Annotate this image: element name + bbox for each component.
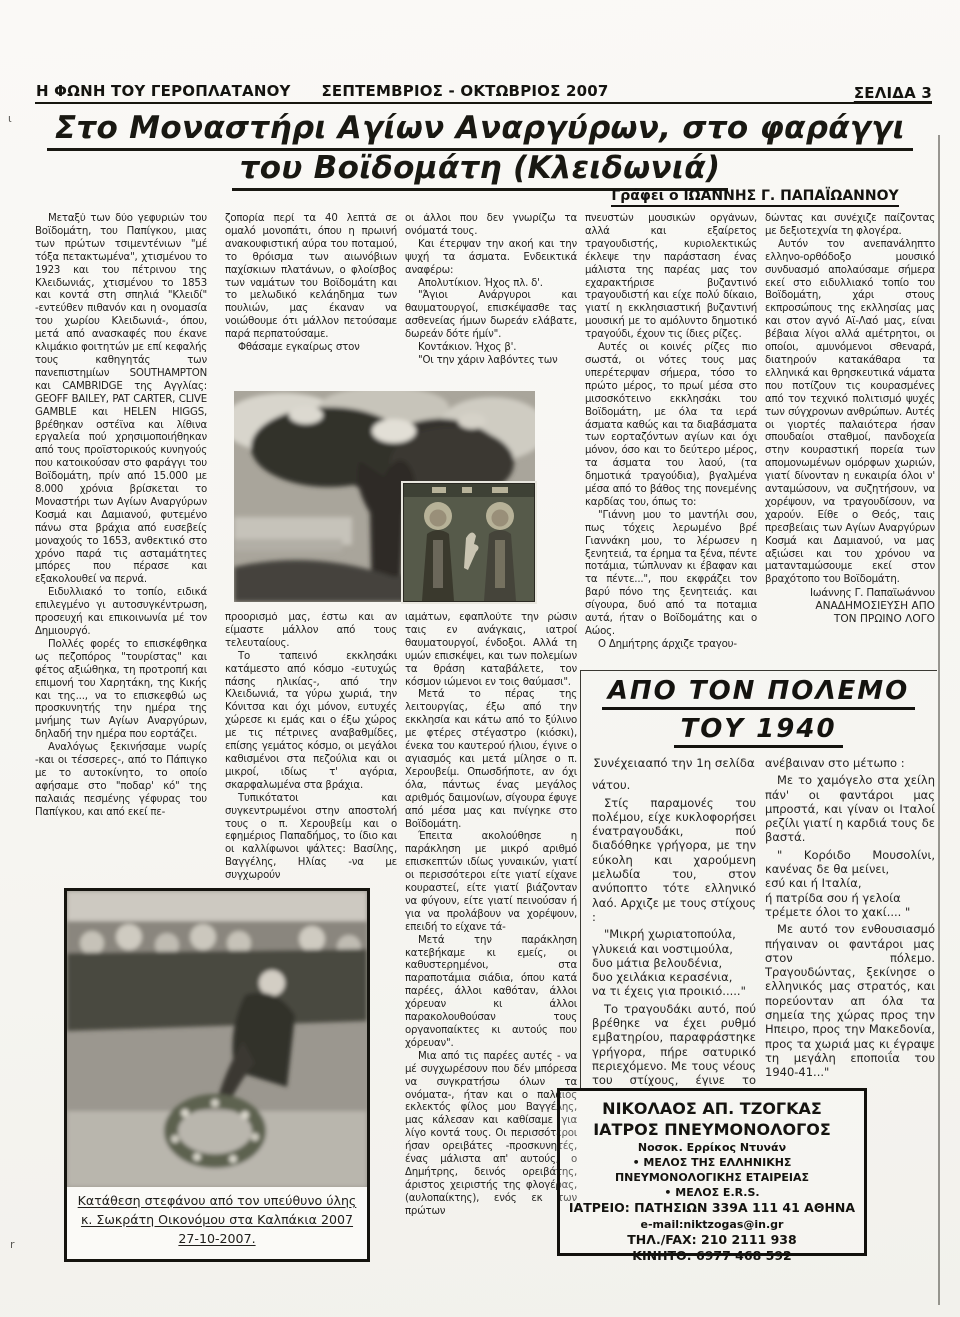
margin-mark: ι (8, 112, 12, 125)
paragraph: Πολλές φορές το επισκέφθηκα ως πεζοπόρος… (35, 639, 207, 742)
war-column-4: Συνέχειααπό την 1η σελίδα νάτου. Στίς πα… (592, 756, 756, 1086)
paragraph: "Γιάννη μου το μαντήλι σου, πως τόχεις λ… (585, 510, 757, 639)
article-title-line1: Στο Μοναστήρι Αγίων Αναργύρων, στο φαράγ… (40, 110, 920, 151)
paragraph: Τυπικότατοι και συγκεντρωμένοι στην αποσ… (225, 793, 397, 883)
paragraph: Μετά το πέρας της λειτουργίας, έξω από τ… (405, 689, 577, 831)
paragraph: Αυτόν τον ανεπανάληπτο ελληνο-ορθόδοξο μ… (765, 239, 935, 587)
paragraph: Έπειτα ακολούθησε η παράκληση με μικρό α… (405, 831, 577, 934)
author-signature: Ιωάννης Γ. Παπαϊωάννου (765, 587, 935, 600)
article-column-4-top: πνευστών μουσικών οργάνων, αλλά και εξαί… (585, 213, 757, 665)
wreath-ceremony-photo-image (67, 891, 367, 1187)
paragraph: νάτου. (592, 778, 756, 792)
war-section-title-line2: ΤΟΥ 1940 (580, 714, 937, 748)
ad-doctor-title: ΙΑΤΡΟΣ ΠΝΕΥΜΟΝΟΛΟΓΟΣ (560, 1119, 864, 1140)
page-edge-line (938, 135, 940, 1305)
photo-caption-line2: κ. Σωκράτη Οικονόμου στα Καλπάκια 2007 (67, 1210, 367, 1229)
article-column-5-top: δώντας και συνέχιζε παίζοντας με δεξιοτε… (765, 213, 935, 668)
ad-office-address: ΙΑΤΡΕΙΟ: ΠΑΤΗΣΙΩΝ 339Α 111 41 ΑΘΗΝΑ (560, 1200, 864, 1217)
doctor-ad-box: ΝΙΚΟΛΑΟΣ ΑΠ. ΤΖΟΓΚΑΣ ΙΑΤΡΟΣ ΠΝΕΥΜΟΝΟΛΟΓΟ… (557, 1088, 867, 1256)
war-section-title-line1: ΑΠΟ ΤΟΝ ΠΟΛΕΜΟ (580, 676, 937, 710)
article-column-3-top: οι άλλοι που δεν γνωρίζω τα ονόματά τους… (405, 213, 577, 389)
ad-doctor-name: ΝΙΚΟΛΑΟΣ ΑΠ. ΤΖΟΓΚΑΣ (560, 1098, 864, 1119)
song-verse: " Κορόιδο Μουσολίνι, κανένας δε θα μείνε… (765, 848, 935, 919)
monastery-gorge-photo (234, 391, 535, 602)
byline: Γράφει ο ΙΩΑΝΝΗΣ Γ. ΠΑΠΑΪΩΑΝΝΟΥ (575, 188, 935, 207)
page-number: ΣΕΛΙΔΑ 3 (820, 84, 932, 102)
republish-note: ΑΝΑΔΗΜΟΣΙΕΥΣΗ ΑΠΟ ΤΟΝ ΠΡΩΙΝΟ ΛΟΓΟ (765, 600, 935, 626)
paragraph: Φθάσαμε εγκαίρως στον (225, 342, 397, 355)
photo-caption: Κατάθεση στεφάνου από τον υπεύθυνο ύλης … (67, 1187, 367, 1248)
article-title-line2: του Βοϊδομάτη (Κλειδωνιά) (40, 150, 920, 191)
masthead-rule (35, 102, 932, 104)
paragraph: Κοντάκιον. Ήχος β'. (405, 342, 577, 355)
paragraph: Μεταξύ των δύο γεφυριών του Βοϊδομάτη, τ… (35, 213, 207, 587)
saints-fresco-photo-image (404, 484, 534, 601)
paragraph: προορισμό μας, έστω και αν είμαστε μάλλο… (225, 612, 397, 651)
paragraph: Και έτερψαν την ακοή και την ψυχή τα άσμ… (405, 239, 577, 278)
continuation-note: Συνέχειααπό την 1η σελίδα (592, 756, 756, 770)
ad-email: e-mail:niktzogas@in.gr (560, 1217, 864, 1232)
issue-date: ΣΕΠΤΕΜΒΡΙΟΣ - ΟΚΤΩΒΡΙΟΣ 2007 (315, 82, 615, 100)
ad-membership-2: • ΜΕΛΟΣ E.R.S. (560, 1185, 864, 1200)
paragraph: Το ταπεινό εκκλησάκι κατάμεστο από κόσμο… (225, 651, 397, 793)
war-column-5: ανέβαιναν στο μέτωπο : Με το χαμόγελο στ… (765, 756, 935, 1086)
saints-fresco-photo (403, 483, 535, 602)
photo-caption-line1: Κατάθεση στεφάνου από τον υπεύθυνο ύλης (67, 1191, 367, 1210)
paragraph: "Οι την χάριν λαβόντες των (405, 355, 577, 368)
ad-hospital: Νοσοκ. Ερρίκος Ντυνάν (560, 1140, 864, 1155)
newspaper-name: Η ΦΩΝΗ ΤΟΥ ΓΕΡΟΠΛΑΤΑΝΟΥ (36, 82, 336, 100)
article-column-2-bottom: προορισμό μας, έστω και αν είμαστε μάλλο… (225, 612, 397, 884)
paragraph: Ο Δημήτρης άρχιζε τραγου- (585, 639, 757, 652)
paragraph: ιαμάτων, εφαπλούτε την ρώσιν ταις εν ανά… (405, 612, 577, 689)
wreath-photo-frame: Κατάθεση στεφάνου από τον υπεύθυνο ύλης … (64, 888, 370, 1262)
newspaper-page: Η ΦΩΝΗ ΤΟΥ ΓΕΡΟΠΛΑΤΑΝΟΥ ΣΕΠΤΕΜΒΡΙΟΣ - ΟΚ… (0, 0, 960, 1317)
photo-caption-line3: 27-10-2007. (67, 1229, 367, 1248)
ad-membership-1b: ΠΝΕΥΜΟΝΟΛΟΓΙΚΗΣ ΕΤΑΙΡΕΙΑΣ (560, 1170, 864, 1185)
song-verse: "Μικρή χωριατοπούλα, γλυκειά και νοστιμο… (592, 927, 756, 998)
paragraph: Ειδυλλιακό το τοπίο, ειδικά επιλεγμένο γ… (35, 587, 207, 639)
paragraph: Μετά την παράκληση κατεβήκαμε κι εμείς, … (405, 935, 577, 1051)
paragraph: Στίς παραμονές του πολέμου, είχε κυκλοφο… (592, 796, 756, 925)
paragraph: Αυτές οι κοινές ρίζες πιο σωστά, οι νότε… (585, 342, 757, 510)
paragraph: Με το χαμόγελο στα χείλη πάν' οι φαντάρο… (765, 773, 935, 844)
article-column-1: Μεταξύ των δύο γεφυριών του Βοϊδομάτη, τ… (35, 213, 207, 885)
paragraph: πνευστών μουσικών οργάνων, αλλά και εξαί… (585, 213, 757, 342)
paragraph: Αναλόγως ξεκινήσαμε νωρίς -και οι τέσσερ… (35, 742, 207, 819)
ad-membership-1a: • ΜΕΛΟΣ ΤΗΣ ΕΛΛΗΝΙΚΗΣ (560, 1155, 864, 1170)
paragraph: δώντας και συνέχιζε παίζοντας με δεξιοτε… (765, 213, 935, 239)
article-column-3-bottom: ιαμάτων, εφαπλούτε την ρώσιν ταις εν ανά… (405, 612, 577, 1307)
paragraph: Με αυτό τον ενθουσιασμό πήγαιναν οι φαντ… (765, 922, 935, 1079)
paragraph: "Άγιοι Ανάργυροι και θαυματουργοί, επισκ… (405, 290, 577, 342)
ad-phone: ΤΗΛ./FAX: 210 2111 938 (560, 1232, 864, 1249)
paragraph: ανέβαιναν στο μέτωπο : (765, 756, 935, 770)
paragraph: ζοπορία περί τα 40 λεπτά σε ομαλό μονοπά… (225, 213, 397, 342)
paragraph: Απολυτίκιον. Ήχος πλ. δ'. (405, 278, 577, 291)
article-column-2-top: ζοπορία περί τα 40 λεπτά σε ομαλό μονοπά… (225, 213, 397, 389)
paragraph: οι άλλοι που δεν γνωρίζω τα ονόματά τους… (405, 213, 577, 239)
margin-mark: r (10, 1238, 15, 1251)
ad-mobile: ΚΙΝΗΤΟ: 6977 468 592 (560, 1248, 864, 1265)
paragraph: Μια από τις παρέες αυτές - να μέ συγχωρέ… (405, 1051, 577, 1219)
paragraph: Το τραγουδάκι αυτό, πού βρέθηκε να έχει … (592, 1002, 756, 1086)
